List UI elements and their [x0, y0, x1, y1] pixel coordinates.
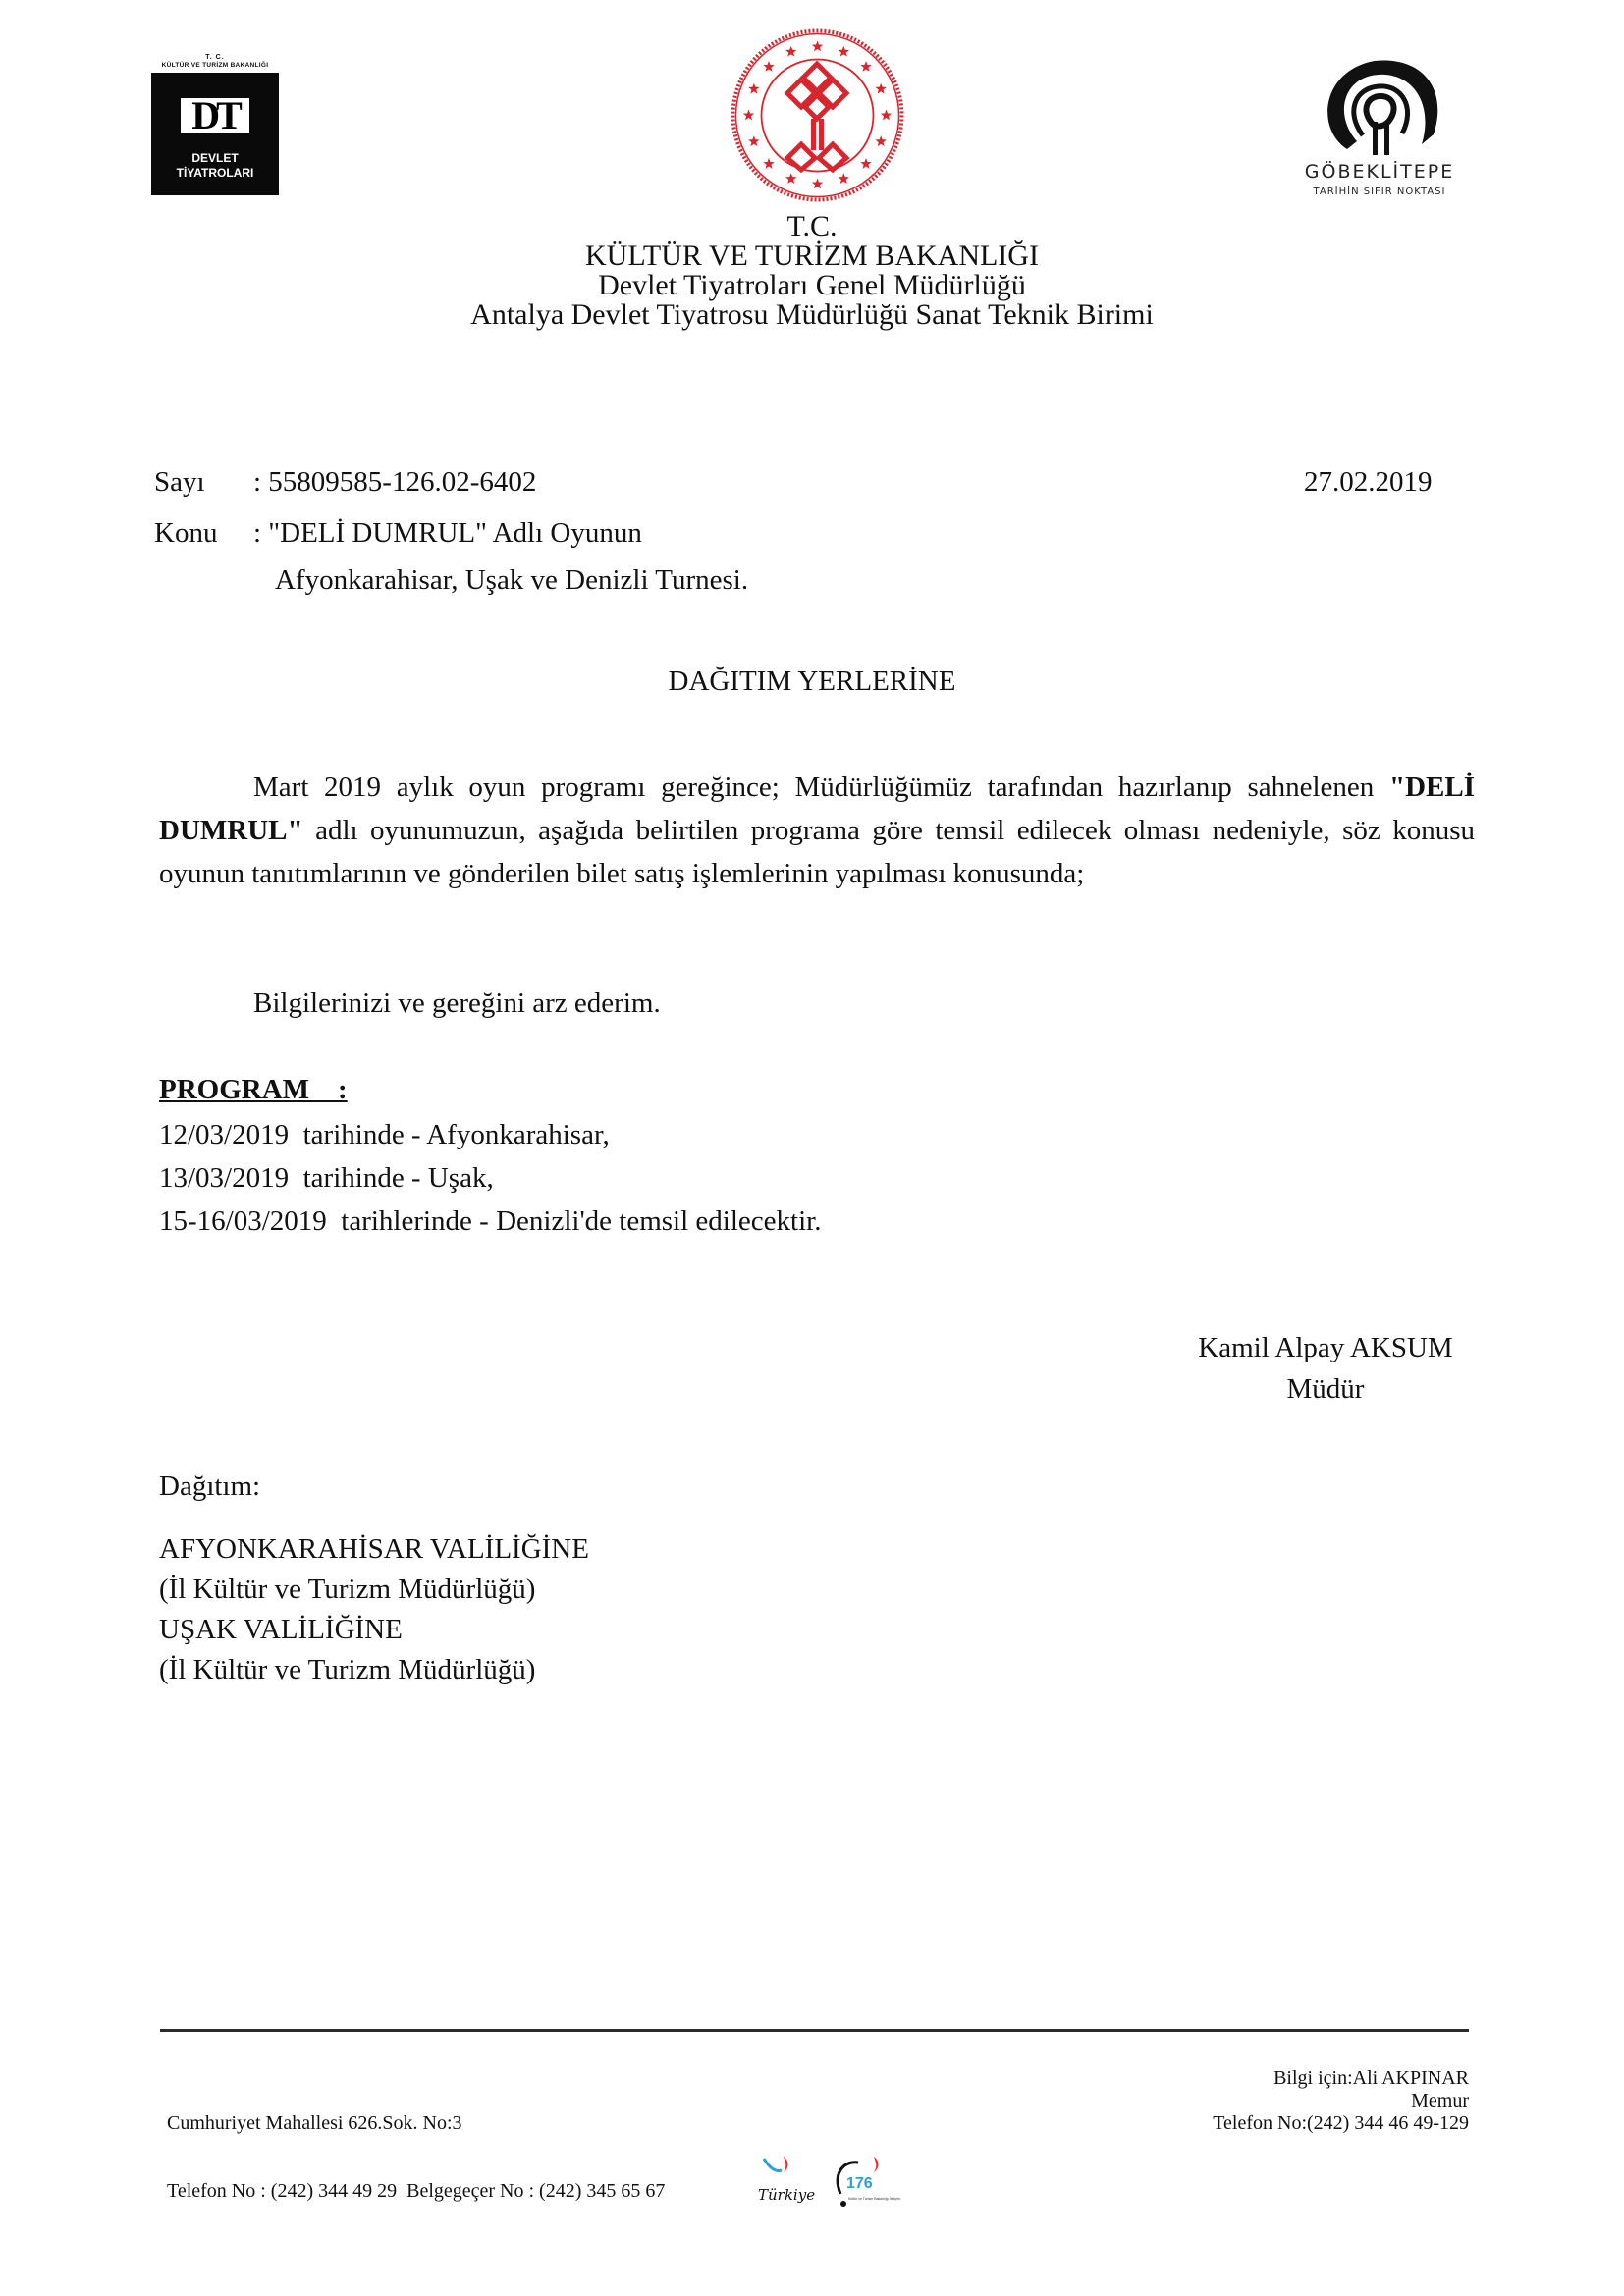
program-title: PROGRAM :: [159, 1074, 348, 1106]
document-date: 27.02.2019: [1304, 465, 1433, 499]
distribution-item: (İl Kültür ve Turizm Müdürlüğü): [159, 1650, 589, 1690]
turkiye-logo-icon: Türkiye: [758, 2157, 815, 2204]
svg-text:176: 176: [846, 2175, 873, 2192]
letterhead-line-unit: Antalya Devlet Tiyatrosu Müdürlüğü Sanat…: [0, 300, 1624, 330]
footer-divider: [160, 2029, 1469, 2032]
footer-info-role: Memur: [1080, 2090, 1469, 2112]
distribution-item: (İl Kültür ve Turizm Müdürlüğü): [159, 1570, 589, 1610]
svg-text:Kültür ve Turizm Bakanlığı İle: Kültür ve Turizm Bakanlığı İletişim Merk…: [848, 2196, 901, 2201]
dt-mark-icon: DT: [181, 98, 249, 133]
letterhead-line-tc: T.C.: [0, 212, 1624, 241]
signatory-title: Müdür: [1159, 1368, 1492, 1410]
footer-phones: Telefon No : (242) 344 49 29 Belgegeçer …: [167, 2180, 665, 2203]
sayi-label: Sayı: [154, 465, 205, 499]
gobeklitepe-emblem-icon: [1276, 51, 1483, 159]
gobeklitepe-tagline: TARİHİN SIFIR NOKTASI: [1276, 187, 1483, 197]
distribution-item: AFYONKARAHİSAR VALİLİĞİNE: [159, 1529, 589, 1570]
closing-sentence: Bilgilerinizi ve gereğini arz ederim.: [253, 988, 661, 1020]
konu-value: : "DELİ DUMRUL" Adlı Oyunun: [253, 516, 642, 550]
dt-logo-box: DT DEVLET TİYATROLARI: [151, 73, 279, 195]
letterhead-line-directorate: Devlet Tiyatroları Genel Müdürlüğü: [0, 271, 1624, 300]
dt-logo-name-line1: DEVLET: [151, 151, 279, 166]
ministry-seal-icon: [727, 25, 908, 206]
letterhead-line-ministry: KÜLTÜR VE TURİZM BAKANLIĞI: [0, 241, 1624, 271]
gobeklitepe-name: GÖBEKLİTEPE: [1276, 161, 1483, 183]
distribution-label: Dağıtım:: [159, 1470, 260, 1503]
signature-block: Kamil Alpay AKSUM Müdür: [1159, 1327, 1492, 1410]
svg-text:Türkiye: Türkiye: [758, 2186, 815, 2204]
signatory-name: Kamil Alpay AKSUM: [1159, 1327, 1492, 1368]
hotline-176-logo-icon: 176 Kültür ve Turizm Bakanlığı İletişim …: [838, 2157, 901, 2207]
devlet-tiyatrolari-logo: T. C. KÜLTÜR VE TURİZM BAKANLIĞI DT DEVL…: [151, 54, 279, 196]
konu-label: Konu: [154, 516, 217, 550]
program-item: 15-16/03/2019 tarihlerinde - Denizli'de …: [159, 1205, 821, 1238]
footer-address: Cumhuriyet Mahallesi 626.Sok. No:3: [167, 2112, 665, 2135]
letterhead: T.C. KÜLTÜR VE TURİZM BAKANLIĞI Devlet T…: [0, 212, 1624, 330]
logo-ministry-text: KÜLTÜR VE TURİZM BAKANLIĞI: [151, 62, 279, 70]
dt-logo-name: DEVLET TİYATROLARI: [151, 151, 279, 181]
footer-logos: Türkiye 176 Kültür ve Turizm Bakanlığı İ…: [754, 2155, 901, 2233]
body-paragraph: Mart 2019 aylık oyun programı gereğince;…: [159, 766, 1475, 895]
footer-info-contact: Bilgi için:Ali AKPINAR: [1080, 2067, 1469, 2090]
program-item: 13/03/2019 tarihinde - Uşak,: [159, 1162, 494, 1195]
konu-value-line2: Afyonkarahisar, Uşak ve Denizli Turnesi.: [275, 563, 748, 597]
logo-tc-text: T. C.: [151, 54, 279, 62]
footer-address-block: Cumhuriyet Mahallesi 626.Sok. No:3 Telef…: [167, 2067, 665, 2225]
distribution-item: UŞAK VALİLİĞİNE: [159, 1610, 589, 1650]
footer-info-phone: Telefon No:(242) 344 46 49-129: [1080, 2112, 1469, 2135]
distribution-list: AFYONKARAHİSAR VALİLİĞİNE (İl Kültür ve …: [159, 1529, 589, 1690]
dt-logo-name-line2: TİYATROLARI: [151, 166, 279, 181]
footer-contact-block: Bilgi için:Ali AKPINAR Memur Telefon No:…: [1080, 2067, 1469, 2135]
gobeklitepe-logo: GÖBEKLİTEPE TARİHİN SIFIR NOKTASI: [1276, 51, 1483, 208]
body-text-part1: Mart 2019 aylık oyun programı gereğince;…: [253, 772, 1389, 803]
program-item: 12/03/2019 tarihinde - Afyonkarahisar,: [159, 1119, 610, 1151]
sayi-value: : 55809585-126.02-6402: [253, 465, 536, 499]
distribution-title: DAĞITIM YERLERİNE: [0, 666, 1624, 698]
body-text-part2: adlı oyunumuzun, aşağıda belirtilen prog…: [159, 815, 1475, 889]
